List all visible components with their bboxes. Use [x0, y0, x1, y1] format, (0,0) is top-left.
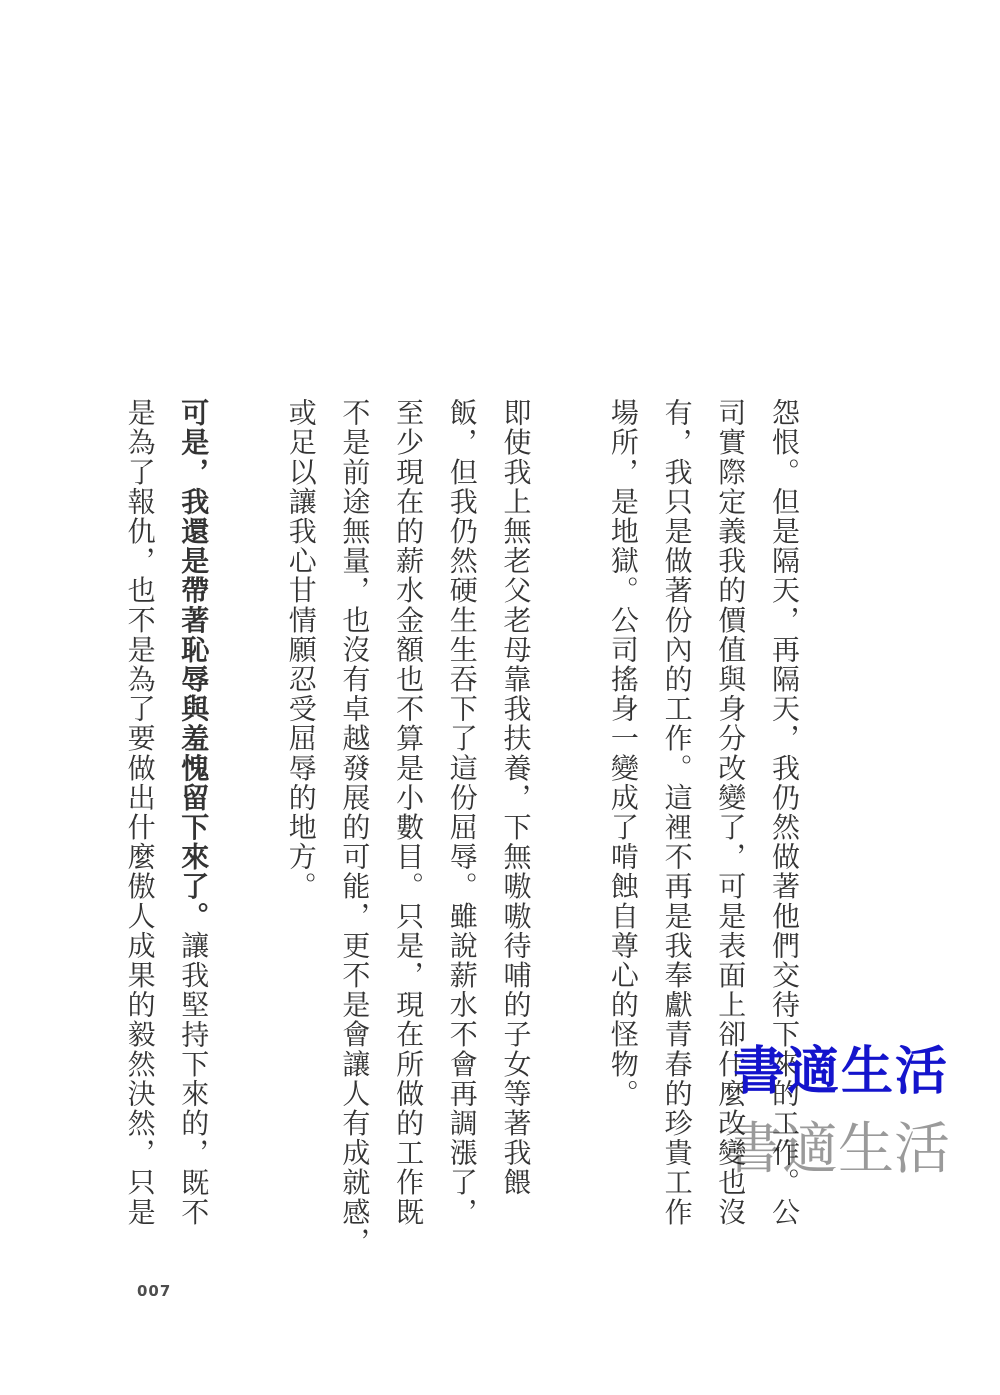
text-column: 是為了報仇，也不是為了要做出什麼傲人成果的毅然決然，只是 [112, 398, 166, 1260]
text-column: 至少現在的薪水金額也不算是小數目。只是，現在所做的工作既 [380, 398, 434, 1260]
text-segment: 不是前途無量，也沒有卓越發展的可能，更不是會讓人有成就感， [338, 398, 369, 1256]
text-column: 可是，我還是帶著恥辱與羞愧留下來了。讓我堅持下來的，既不 [166, 398, 220, 1260]
text-column: 即使我上無老父老母靠我扶養，下無嗷嗷待哺的子女等著我餵 [488, 398, 542, 1260]
text-column: 飯，但我仍然硬生生吞下了這份屈辱。雖說薪水不會再調漲了， [434, 398, 488, 1260]
bold-text-segment: 可是，我還是帶著恥辱與羞愧留下來了。 [177, 398, 208, 931]
text-segment: 即使我上無老父老母靠我扶養，下無嗷嗷待哺的子女等著我餵 [500, 398, 531, 1197]
text-segment: 是為了報仇，也不是為了要做出什麼傲人成果的毅然決然，只是 [124, 398, 155, 1227]
text-column: 不是前途無量，也沒有卓越發展的可能，更不是會讓人有成就感， [327, 398, 381, 1260]
text-segment: 或足以讓我心甘情願忍受屈辱的地方。 [285, 398, 316, 901]
text-segment: 怨恨。但是隔天，再隔天，我仍然做著他們交待下來的工作。公 [768, 398, 799, 1227]
text-column: 或足以讓我心甘情願忍受屈辱的地方。 [273, 398, 327, 1260]
vertical-text-area: 怨恨。但是隔天，再隔天，我仍然做著他們交待下來的工作。公司實際定義我的價值與身分… [112, 398, 810, 1260]
text-column: 場所，是地獄。公司搖身一變成了啃蝕自尊心的怪物。 [595, 398, 649, 1260]
text-segment: 飯，但我仍然硬生生吞下了這份屈辱。雖說薪水不會再調漲了， [446, 398, 477, 1227]
book-page: 怨恨。但是隔天，再隔天，我仍然做著他們交待下來的工作。公司實際定義我的價值與身分… [0, 0, 1000, 1395]
text-column: 有，我只是做著份內的工作。這裡不再是我奉獻青春的珍貴工作 [649, 398, 703, 1260]
text-segment: 司實際定義我的價值與身分改變了，可是表面上卻什麼改變也沒 [714, 398, 745, 1227]
text-column: 怨恨。但是隔天，再隔天，我仍然做著他們交待下來的工作。公 [756, 398, 810, 1260]
paragraph-3: 可是，我還是帶著恥辱與羞愧留下來了。讓我堅持下來的，既不是為了報仇，也不是為了要… [112, 398, 219, 1260]
text-column: 司實際定義我的價值與身分改變了，可是表面上卻什麼改變也沒 [703, 398, 757, 1260]
paragraph-1: 怨恨。但是隔天，再隔天，我仍然做著他們交待下來的工作。公司實際定義我的價值與身分… [595, 398, 810, 1260]
text-segment: 有，我只是做著份內的工作。這裡不再是我奉獻青春的珍貴工作 [661, 398, 692, 1227]
page-number: 007 [137, 1282, 171, 1300]
text-segment: 至少現在的薪水金額也不算是小數目。只是，現在所做的工作既 [392, 398, 423, 1227]
text-segment: 讓我堅持下來的，既不 [177, 931, 208, 1227]
paragraph-2: 即使我上無老父老母靠我扶養，下無嗷嗷待哺的子女等著我餵飯，但我仍然硬生生吞下了這… [273, 398, 542, 1260]
text-segment: 場所，是地獄。公司搖身一變成了啃蝕自尊心的怪物。 [607, 398, 638, 1108]
